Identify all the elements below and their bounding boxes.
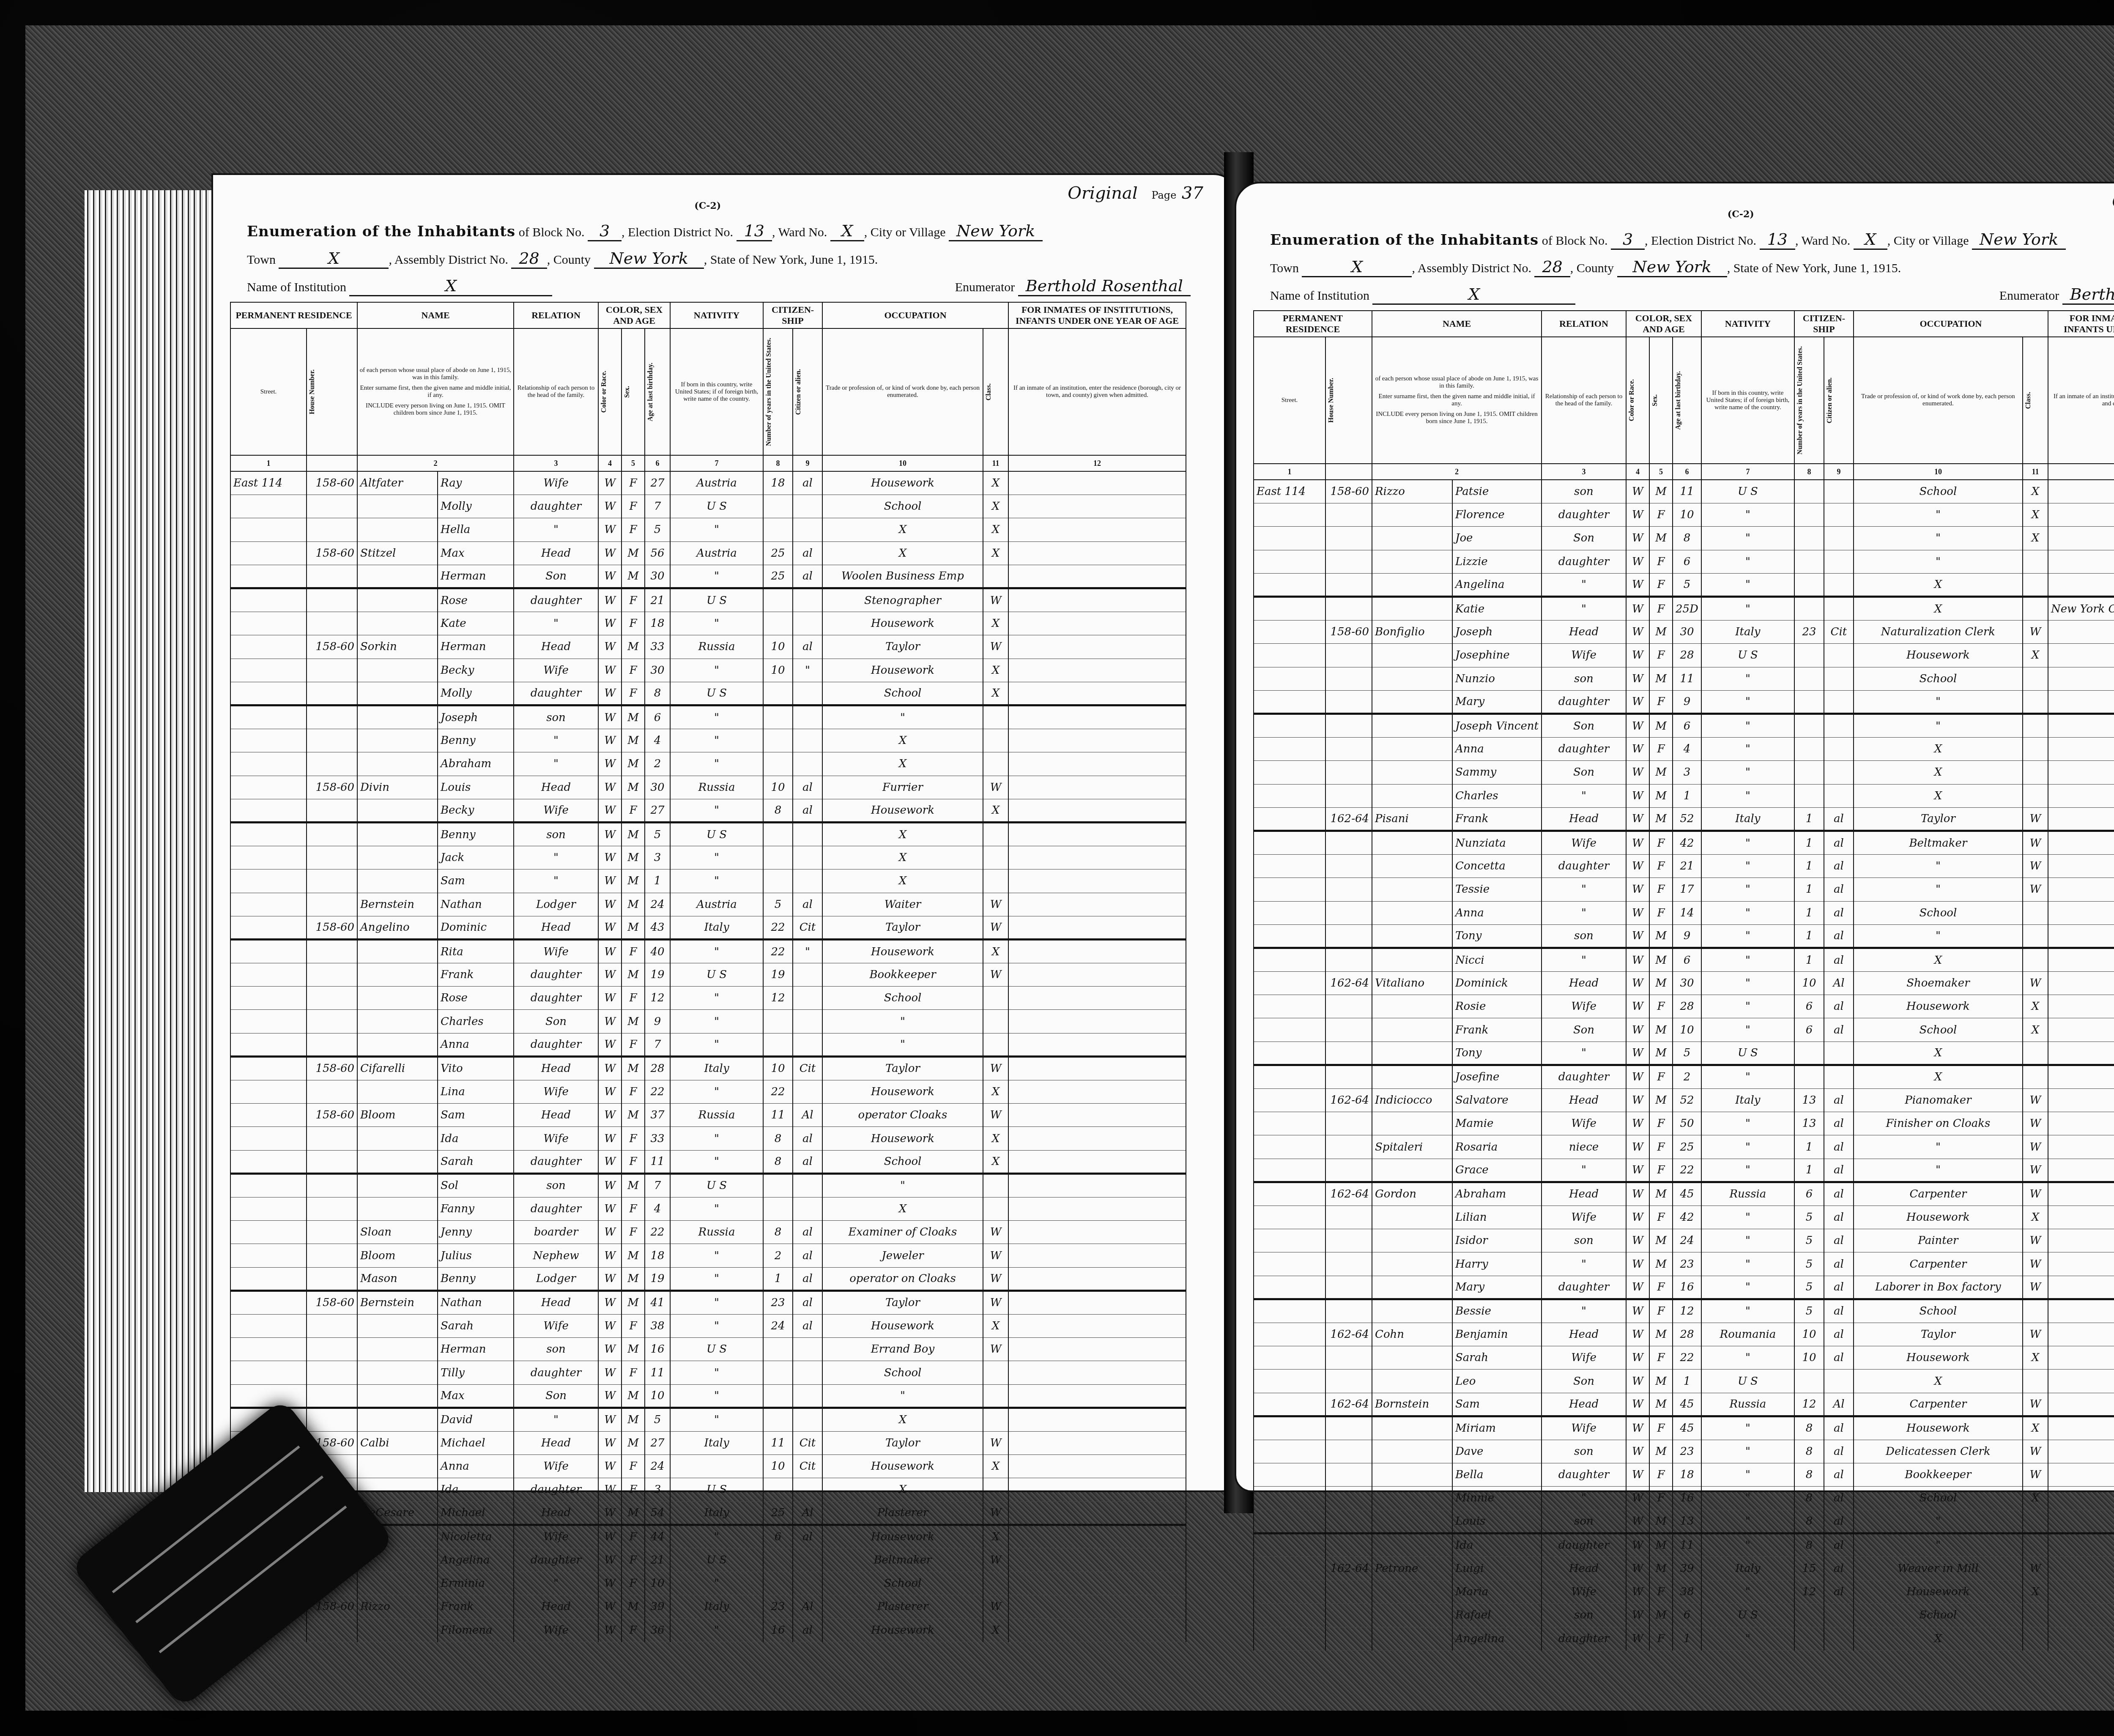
years-in-us-cell: 25 — [763, 541, 793, 565]
color-cell: W — [598, 1384, 622, 1408]
occupation-cell: X — [822, 729, 983, 752]
citizenship-cell: Cit — [793, 1454, 822, 1478]
given-name-cell: Fanny — [438, 1197, 514, 1220]
county-name: New York — [594, 249, 704, 269]
street-cell — [1254, 1135, 1325, 1159]
street-cell — [1254, 667, 1325, 690]
given-name-cell: Hella — [438, 518, 514, 541]
surname-cell — [357, 1337, 438, 1361]
color-cell: W — [1626, 1510, 1649, 1533]
inmate-residence-cell — [1008, 963, 1186, 986]
years-in-us-cell: 8 — [763, 1127, 793, 1150]
given-name-cell: Frank — [1452, 1018, 1542, 1042]
age-cell: 24 — [645, 893, 670, 916]
color-cell: W — [1626, 480, 1649, 503]
sex-cell: F — [1649, 503, 1673, 526]
occupation-cell: Taylor — [822, 1431, 983, 1454]
relation-cell: daughter — [514, 963, 598, 986]
header-color-sex-age: COLOR, SEX AND AGE — [598, 302, 670, 328]
surname-cell — [357, 1197, 438, 1220]
age-cell: 19 — [645, 963, 670, 986]
years-in-us-cell: 2 — [763, 1244, 793, 1267]
house-number-cell — [1325, 1534, 1372, 1557]
age-cell: 6 — [1673, 714, 1701, 737]
given-name-cell: Charles — [438, 1010, 514, 1033]
color-cell: W — [598, 1337, 622, 1361]
census-row: RafaelsonWM6U SSchool — [1254, 1604, 2114, 1627]
street-cell — [1254, 854, 1325, 878]
nativity-cell: " — [1701, 948, 1794, 971]
occupation-cell: Shoemaker — [1854, 971, 2023, 995]
given-name-cell: Angelina — [1452, 1627, 1542, 1650]
subheader-text: If born in this country, write United St… — [1706, 390, 1790, 411]
years-in-us-cell — [763, 1361, 793, 1384]
class-cell: W — [983, 635, 1008, 659]
inmate-residence-cell — [2048, 1557, 2114, 1580]
inmate-residence-cell — [2048, 878, 2114, 901]
given-name-cell: Anna — [438, 1033, 514, 1056]
inmate-residence-cell — [1008, 565, 1186, 588]
citizenship-cell — [1824, 574, 1854, 597]
class-cell: W — [2023, 1182, 2048, 1206]
column-number: 7 — [670, 455, 763, 471]
nativity-cell: " — [1701, 1346, 1794, 1369]
surname-cell — [1372, 1370, 1452, 1393]
surname-cell — [357, 1010, 438, 1033]
header-line-2: Town X, Assembly District No. 28, County… — [247, 249, 878, 269]
color-cell: W — [598, 1127, 622, 1150]
subheader-text: If an inmate of an institution, enter th… — [2054, 393, 2114, 407]
color-cell: W — [598, 588, 622, 612]
street-cell — [1254, 1112, 1325, 1135]
occupation-cell: Housework — [1854, 1416, 2023, 1440]
citizenship-cell — [793, 869, 822, 893]
inmate-residence-cell — [1008, 518, 1186, 541]
page-number: 37 — [1182, 183, 1203, 203]
class-cell: W — [983, 1548, 1008, 1572]
nativity-cell: U S — [1701, 480, 1794, 503]
citizenship-cell: Cit — [793, 916, 822, 939]
nativity-cell: " — [1701, 1534, 1794, 1557]
relation-cell: " — [514, 729, 598, 752]
citizenship-cell: Al — [793, 1501, 822, 1525]
color-cell: W — [1626, 1112, 1649, 1135]
class-cell: X — [983, 659, 1008, 682]
sex-cell: M — [1649, 620, 1673, 643]
color-cell: W — [1626, 574, 1649, 597]
sex-cell: F — [1649, 644, 1673, 667]
color-cell: W — [598, 1267, 622, 1290]
color-cell: W — [598, 471, 622, 495]
color-cell: W — [1626, 995, 1649, 1018]
citizenship-cell: al — [793, 1150, 822, 1173]
house-number-cell — [307, 987, 357, 1010]
age-cell: 5 — [645, 823, 670, 846]
class-cell — [2023, 691, 2048, 714]
color-cell: W — [1626, 1065, 1649, 1088]
sex-cell: M — [1649, 1042, 1673, 1065]
class-cell: W — [2023, 854, 2048, 878]
house-number-cell — [1325, 948, 1372, 971]
house-number-cell — [1325, 527, 1372, 550]
given-name-cell: Sarah — [438, 1150, 514, 1173]
color-cell: W — [1626, 854, 1649, 878]
street-cell — [1254, 574, 1325, 597]
nativity-cell: Russia — [670, 635, 763, 659]
citizenship-cell — [1824, 1627, 1854, 1650]
age-cell: 41 — [645, 1291, 670, 1314]
color-cell: W — [598, 1150, 622, 1173]
surname-cell — [1372, 1416, 1452, 1440]
relation-cell: Head — [514, 1595, 598, 1618]
street-cell — [1254, 901, 1325, 924]
inmate-residence-cell — [2048, 761, 2114, 784]
relation-cell: Son — [1542, 1370, 1626, 1393]
house-number-cell — [1325, 854, 1372, 878]
house-number-cell — [1325, 1276, 1372, 1299]
given-name-cell: Angelina — [438, 1548, 514, 1572]
nativity-cell: " — [1701, 901, 1794, 924]
census-row: LeoSonWM1U SX — [1254, 1370, 2114, 1393]
surname-cell — [1372, 503, 1452, 526]
nativity-cell: Italy — [670, 1431, 763, 1454]
surname-cell — [1372, 644, 1452, 667]
house-number-cell — [307, 565, 357, 588]
house-number-cell: 162-64 — [1325, 971, 1372, 995]
street-cell — [1254, 527, 1325, 550]
occupation-cell: X — [822, 541, 983, 565]
surname-cell — [1372, 1042, 1452, 1065]
inmate-residence-cell — [2048, 901, 2114, 924]
nativity-cell: Italy — [670, 1595, 763, 1618]
census-row: Tony"WM5U SX — [1254, 1042, 2114, 1065]
nativity-cell: U S — [670, 682, 763, 705]
citizenship-cell: al — [793, 1244, 822, 1267]
house-number-cell — [307, 1150, 357, 1173]
nativity-cell: " — [1701, 527, 1794, 550]
house-number-cell: 158-60 — [1325, 480, 1372, 503]
class-cell — [983, 823, 1008, 846]
relation-cell: daughter — [514, 1478, 598, 1501]
years-in-us-cell — [763, 1384, 793, 1408]
street-cell: East 114 — [1254, 480, 1325, 503]
street-cell — [230, 1244, 307, 1267]
nativity-cell: " — [1701, 1206, 1794, 1229]
citizenship-cell: al — [1824, 1206, 1854, 1229]
years-in-us-cell — [763, 682, 793, 705]
house-number-cell: 158-60 — [1325, 620, 1372, 643]
house-number-cell — [307, 682, 357, 705]
street-cell — [230, 541, 307, 565]
street-cell — [1254, 1229, 1325, 1252]
street-cell — [230, 846, 307, 869]
color-cell: W — [1626, 1487, 1649, 1510]
citizenship-cell: al — [1824, 1416, 1854, 1440]
given-name-cell: Becky — [438, 659, 514, 682]
citizenship-cell — [793, 682, 822, 705]
form-title: Enumeration of the Inhabitants — [247, 223, 515, 240]
enumerator-line: Enumerator Berthold Rosenthal — [1999, 285, 2114, 305]
column-number — [307, 455, 357, 471]
given-name-cell: Michael — [438, 1501, 514, 1525]
sex-cell: F — [622, 1150, 645, 1173]
given-name-cell: Benny — [438, 823, 514, 846]
surname-cell — [1372, 1627, 1452, 1650]
census-row: FilomenaWifeWF36"16alHouseworkX — [230, 1618, 1186, 1642]
years-in-us-cell: 5 — [1794, 1252, 1824, 1276]
assembly-district: 28 — [1534, 257, 1570, 277]
occupation-cell: School — [1854, 1299, 2023, 1323]
census-row: NunziosonWM11"School — [1254, 667, 2114, 690]
relation-cell: Wife — [514, 1080, 598, 1103]
relation-cell: daughter — [1542, 737, 1626, 760]
color-cell: W — [1626, 667, 1649, 690]
class-cell: W — [2023, 1440, 2048, 1463]
nativity-cell: " — [1701, 1299, 1794, 1323]
color-cell: W — [1626, 971, 1649, 995]
age-cell: 21 — [645, 1548, 670, 1572]
census-row: SloanJennyboarderWF22Russia8alExaminer o… — [230, 1221, 1186, 1244]
surname-cell: Bornstein — [1372, 1393, 1452, 1416]
surname-cell — [357, 987, 438, 1010]
surname-cell — [357, 1361, 438, 1384]
age-cell: 50 — [1673, 1112, 1701, 1135]
house-number-cell — [307, 1197, 357, 1220]
subheader-years-in-us: Number of years in the United States. — [763, 328, 793, 455]
occupation-cell: Housework — [1854, 1346, 2023, 1369]
nativity-cell: " — [1701, 831, 1794, 854]
citizenship-cell — [793, 1408, 822, 1431]
census-row: 158-60BonfiglioJosephHeadWM30Italy23CitN… — [1254, 620, 2114, 643]
occupation-cell: Laborer in Box factory — [1854, 1276, 2023, 1299]
sex-cell: M — [622, 1267, 645, 1290]
relation-cell: daughter — [1542, 1276, 1626, 1299]
surname-cell: Cohn — [1372, 1323, 1452, 1346]
age-cell: 1 — [1673, 1627, 1701, 1650]
class-cell: W — [2023, 1557, 2048, 1580]
surname-cell — [1372, 691, 1452, 714]
given-name-cell: Louis — [438, 776, 514, 799]
color-cell: W — [598, 1548, 622, 1572]
given-name-cell: Ida — [438, 1478, 514, 1501]
years-in-us-cell: 25 — [763, 565, 793, 588]
street-cell — [230, 1314, 307, 1337]
census-row: MarydaughterWF9"" — [1254, 691, 2114, 714]
citizenship-cell: al — [793, 1267, 822, 1290]
surname-cell — [1372, 831, 1452, 854]
surname-cell — [357, 659, 438, 682]
surname-cell — [1372, 1065, 1452, 1088]
relation-cell: Wife — [514, 471, 598, 495]
given-name-cell: Mary — [1452, 691, 1542, 714]
age-cell: 6 — [1673, 948, 1701, 971]
surname-cell: Rizzo — [1372, 480, 1452, 503]
class-cell: X — [2023, 1416, 2048, 1440]
occupation-cell: Taylor — [822, 1057, 983, 1080]
nativity-cell: " — [670, 705, 763, 729]
sex-cell: M — [1649, 1510, 1673, 1533]
subheader-house-number: House Number. — [1325, 337, 1372, 464]
surname-cell: Divin — [357, 776, 438, 799]
nativity-cell: Italy — [1701, 620, 1794, 643]
census-row: SammySonWM3"X — [1254, 761, 2114, 784]
age-cell: 4 — [1673, 737, 1701, 760]
class-cell: W — [2023, 1393, 2048, 1416]
nativity-cell: U S — [1701, 1370, 1794, 1393]
color-cell: W — [598, 1010, 622, 1033]
citizenship-cell — [1824, 1042, 1854, 1065]
nativity-cell: " — [670, 518, 763, 541]
occupation-cell: Carpenter — [1854, 1182, 2023, 1206]
citizenship-cell: al — [793, 799, 822, 822]
occupation-cell: X — [822, 823, 983, 846]
inmate-residence-cell — [2048, 784, 2114, 807]
inmate-residence-cell — [2048, 995, 2114, 1018]
citizenship-cell: al — [1824, 1440, 1854, 1463]
color-cell: W — [1626, 807, 1649, 831]
given-name-cell: Max — [438, 1384, 514, 1408]
relation-cell: Lodger — [514, 1267, 598, 1290]
years-in-us-cell — [763, 612, 793, 635]
house-number-cell — [1325, 1370, 1372, 1393]
nativity-cell: " — [1701, 1229, 1794, 1252]
years-in-us-cell — [1794, 644, 1824, 667]
form-code: (C-2) — [694, 200, 721, 211]
class-cell: W — [983, 1595, 1008, 1618]
class-cell: W — [983, 1291, 1008, 1314]
given-name-cell: Concetta — [1452, 854, 1542, 878]
class-cell: W — [983, 893, 1008, 916]
nativity-cell: " — [1701, 1159, 1794, 1182]
occupation-cell: Housework — [822, 1080, 983, 1103]
street-cell — [230, 612, 307, 635]
sex-cell: M — [1649, 1018, 1673, 1042]
years-in-us-cell — [763, 588, 793, 612]
street-cell — [230, 823, 307, 846]
age-cell: 11 — [1673, 667, 1701, 690]
inmate-residence-cell — [2048, 854, 2114, 878]
inmate-residence-cell — [1008, 612, 1186, 635]
color-cell: W — [598, 1525, 622, 1548]
name-instruction: Enter surname first, then the given name… — [359, 385, 512, 399]
color-cell: W — [1626, 1276, 1649, 1299]
sex-cell: F — [1649, 1135, 1673, 1159]
class-cell: W — [983, 1501, 1008, 1525]
column-number: 2 — [357, 455, 514, 471]
street-cell — [1254, 1487, 1325, 1510]
citizenship-cell — [793, 1478, 822, 1501]
class-cell: X — [2023, 1580, 2048, 1603]
inmate-residence-cell — [2048, 924, 2114, 948]
subheader-nativity-note: If born in this country, write United St… — [670, 328, 763, 455]
inmate-residence-cell — [2048, 1370, 2114, 1393]
citizenship-cell — [793, 752, 822, 776]
color-cell: W — [598, 1408, 622, 1431]
census-row: DavesonWM23"8alDelicatessen ClerkW — [1254, 1440, 2114, 1463]
age-cell: 27 — [645, 799, 670, 822]
census-row: FrankdaughterWM19U S19BookkeeperW — [230, 963, 1186, 986]
class-cell: W — [983, 1337, 1008, 1361]
relation-cell: boarder — [514, 1221, 598, 1244]
inmate-residence-cell — [2048, 948, 2114, 971]
citizenship-cell — [1824, 1370, 1854, 1393]
inmate-residence-cell — [2048, 644, 2114, 667]
institution-name: X — [1372, 285, 1575, 305]
color-cell: W — [1626, 1229, 1649, 1252]
color-cell: W — [598, 1104, 622, 1127]
inmate-residence-cell — [1008, 799, 1186, 822]
relation-cell: daughter — [514, 1361, 598, 1384]
street-cell — [230, 495, 307, 518]
occupation-cell: " — [822, 1010, 983, 1033]
given-name-cell: Sam — [438, 1104, 514, 1127]
relation-cell: Nephew — [514, 1244, 598, 1267]
given-name-cell: Salvatore — [1452, 1088, 1542, 1112]
subheader-text: Age at last birthday. — [647, 363, 654, 421]
house-number-cell: 162-64 — [1325, 1088, 1372, 1112]
relation-cell: Wife — [1542, 1346, 1626, 1369]
class-cell: X — [983, 940, 1008, 963]
sex-cell: F — [1649, 878, 1673, 901]
age-cell: 22 — [1673, 1346, 1701, 1369]
house-number-cell: 158-60 — [307, 635, 357, 659]
citizenship-cell: al — [1824, 1088, 1854, 1112]
color-cell: W — [1626, 924, 1649, 948]
years-in-us-cell: 22 — [763, 1080, 793, 1103]
street-cell — [230, 1267, 307, 1290]
inmate-residence-cell — [2048, 1135, 2114, 1159]
given-name-cell: Sam — [438, 869, 514, 893]
subheader-name-note-1: of each person whose usual place of abod… — [1372, 337, 1542, 464]
years-in-us-cell: 5 — [1794, 1276, 1824, 1299]
given-name-cell: Ida — [1452, 1534, 1542, 1557]
inmate-residence-cell — [1008, 752, 1186, 776]
age-cell: 6 — [645, 705, 670, 729]
header-color-sex-age: COLOR, SEX AND AGE — [1626, 311, 1701, 337]
inmate-residence-cell — [1008, 776, 1186, 799]
relation-cell: Wife — [1542, 995, 1626, 1018]
occupation-cell: " — [1854, 1534, 2023, 1557]
relation-cell: " — [514, 752, 598, 776]
header-relation: RELATION — [514, 302, 598, 328]
years-in-us-cell — [1794, 1042, 1824, 1065]
inmate-residence-cell — [2048, 620, 2114, 643]
sex-cell: M — [622, 1501, 645, 1525]
relation-cell: Son — [514, 565, 598, 588]
occupation-cell: Carpenter — [1854, 1393, 2023, 1416]
sex-cell: F — [622, 1454, 645, 1478]
class-cell: X — [983, 1454, 1008, 1478]
nativity-cell: " — [1701, 971, 1794, 995]
color-cell: W — [598, 495, 622, 518]
inmate-residence-cell — [2048, 527, 2114, 550]
age-cell: 52 — [1673, 807, 1701, 831]
sex-cell: M — [622, 1174, 645, 1197]
nativity-cell: " — [670, 612, 763, 635]
nativity-cell: U S — [670, 588, 763, 612]
street-cell — [230, 1291, 307, 1314]
nativity-cell: Italy — [670, 1057, 763, 1080]
occupation-cell: School — [1854, 1604, 2023, 1627]
census-row: AnnadaughterWF7"" — [230, 1033, 1186, 1056]
surname-cell — [1372, 924, 1452, 948]
house-number-cell — [307, 1408, 357, 1431]
citizenship-cell — [793, 987, 822, 1010]
years-in-us-cell: 22 — [763, 916, 793, 939]
nativity-cell: U S — [670, 1174, 763, 1197]
color-cell: W — [1626, 1627, 1649, 1650]
subheader-occupation-note: Trade or profession of, or kind of work … — [822, 328, 983, 455]
